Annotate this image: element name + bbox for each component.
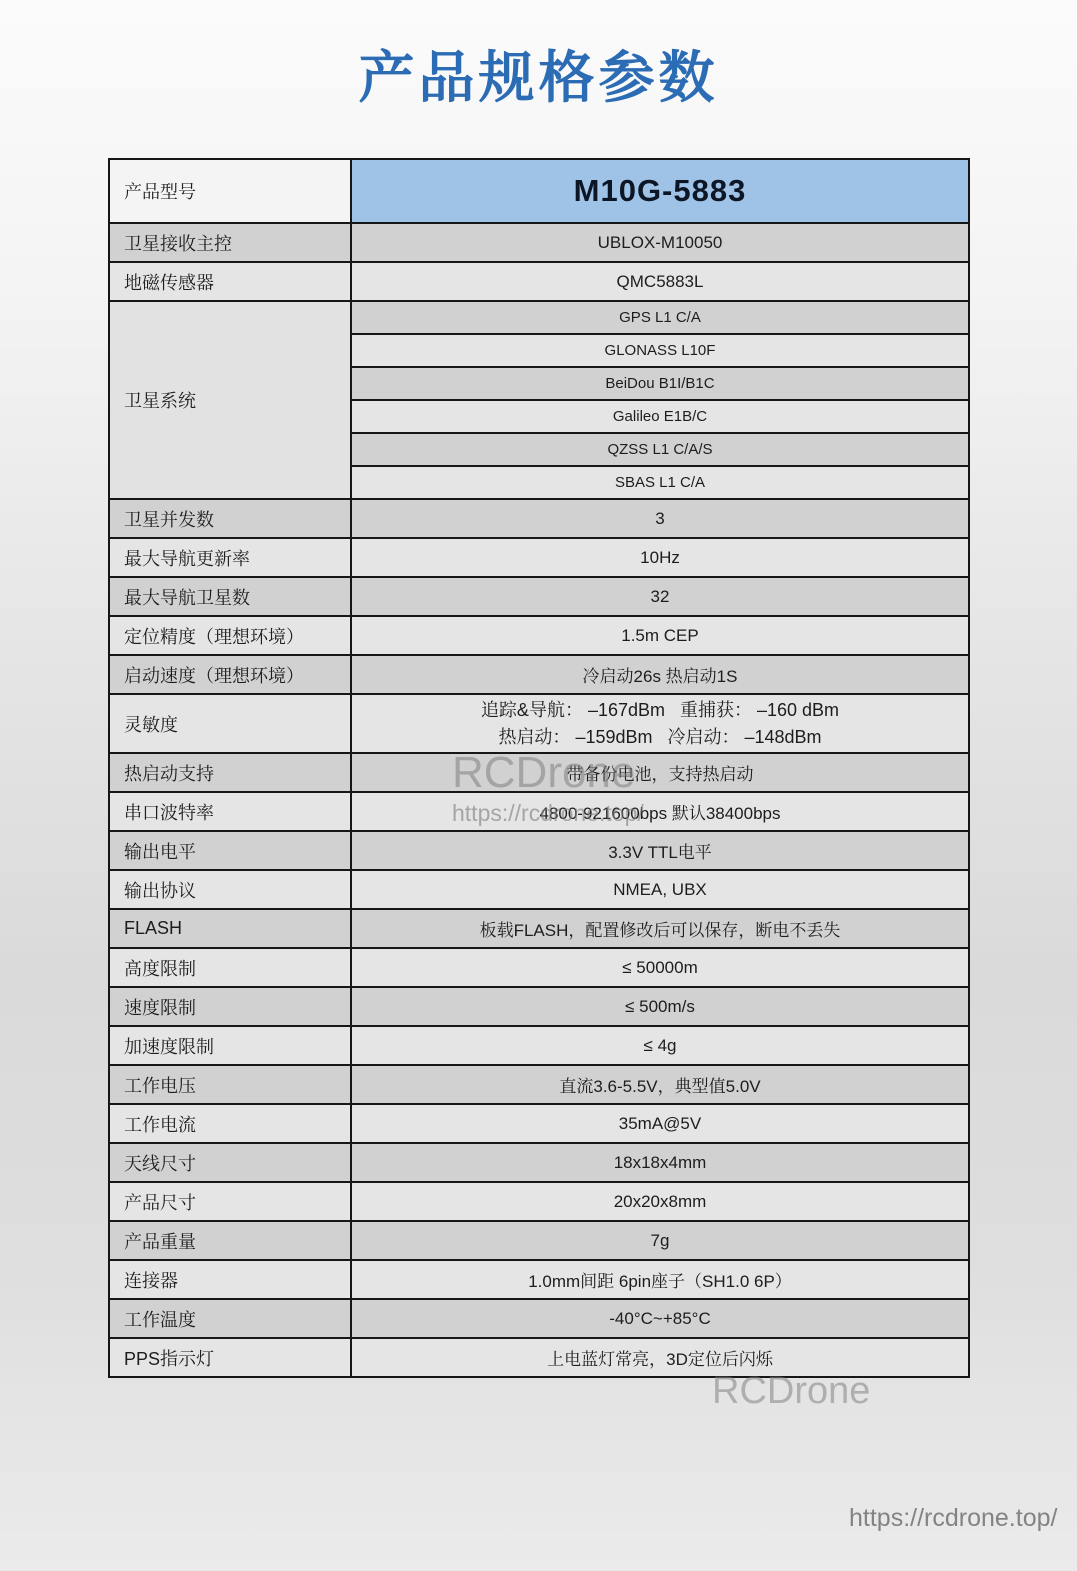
spec-row-label: 产品重量: [109, 1221, 351, 1260]
spec-row-value: QZSS L1 C/A/S: [351, 433, 969, 466]
table-row: 最大导航卫星数32: [109, 577, 969, 616]
table-row: 输出协议NMEA, UBX: [109, 870, 969, 909]
spec-row-value: 1.0mm间距 6pin座子（SH1.0 6P）: [351, 1260, 969, 1299]
table-row: 加速度限制≤ 4g: [109, 1026, 969, 1065]
spec-row-value: 3: [351, 499, 969, 538]
spec-row-value: 35mA@5V: [351, 1104, 969, 1143]
spec-row-label: 工作温度: [109, 1299, 351, 1338]
table-row: 输出电平3.3V TTL电平: [109, 831, 969, 870]
spec-row-label: 启动速度（理想环境）: [109, 655, 351, 694]
spec-row-label: 工作电压: [109, 1065, 351, 1104]
spec-row-value: ≤ 50000m: [351, 948, 969, 987]
table-row: 卫星并发数3: [109, 499, 969, 538]
spec-row-value-line: 热启动： –159dBm 冷启动： –148dBm: [360, 724, 960, 751]
spec-row-label: 最大导航更新率: [109, 538, 351, 577]
spec-row-value: NMEA, UBX: [351, 870, 969, 909]
spec-row-value: M10G-5883: [351, 159, 969, 223]
spec-row-value: -40°C~+85°C: [351, 1299, 969, 1338]
spec-row-value: QMC5883L: [351, 262, 969, 301]
spec-row-label: 天线尺寸: [109, 1143, 351, 1182]
spec-row-label: 输出协议: [109, 870, 351, 909]
spec-row-value: ≤ 4g: [351, 1026, 969, 1065]
spec-row-label: 高度限制: [109, 948, 351, 987]
spec-row-value: Galileo E1B/C: [351, 400, 969, 433]
table-row: 产品尺寸20x20x8mm: [109, 1182, 969, 1221]
spec-row-value: ≤ 500m/s: [351, 987, 969, 1026]
spec-row-value: 直流3.6-5.5V，典型值5.0V: [351, 1065, 969, 1104]
watermark-url-corner: https://rcdrone.top/: [849, 1504, 1057, 1533]
spec-row-label: 卫星系统: [109, 301, 351, 499]
spec-row-label: 输出电平: [109, 831, 351, 870]
spec-row-label: 产品尺寸: [109, 1182, 351, 1221]
spec-row-label: 最大导航卫星数: [109, 577, 351, 616]
spec-row-value: 1.5m CEP: [351, 616, 969, 655]
table-row: 热启动支持带备份电池，支持热启动: [109, 753, 969, 792]
table-row: 启动速度（理想环境）冷启动26s 热启动1S: [109, 655, 969, 694]
table-row: 工作电流35mA@5V: [109, 1104, 969, 1143]
spec-row-label: 加速度限制: [109, 1026, 351, 1065]
spec-row-label: 产品型号: [109, 159, 351, 223]
spec-row-label: 工作电流: [109, 1104, 351, 1143]
table-row: 最大导航更新率10Hz: [109, 538, 969, 577]
spec-row-value: SBAS L1 C/A: [351, 466, 969, 499]
table-row: 地磁传感器QMC5883L: [109, 262, 969, 301]
table-row: 卫星接收主控UBLOX-M10050: [109, 223, 969, 262]
spec-row-value-line: 追踪&导航： –167dBm 重捕获： –160 dBm: [360, 697, 960, 724]
spec-row-label: 卫星接收主控: [109, 223, 351, 262]
table-row: 产品重量7g: [109, 1221, 969, 1260]
page-title: 产品规格参数: [0, 34, 1077, 114]
spec-row-value: GLONASS L10F: [351, 334, 969, 367]
table-row: 产品型号M10G-5883: [109, 159, 969, 223]
spec-table: 产品型号M10G-5883卫星接收主控UBLOX-M10050地磁传感器QMC5…: [108, 158, 970, 1378]
table-row: 卫星系统GPS L1 C/A: [109, 301, 969, 334]
table-row: 天线尺寸18x18x4mm: [109, 1143, 969, 1182]
spec-row-value: 板载FLASH，配置修改后可以保存，断电不丢失: [351, 909, 969, 948]
table-row: 工作电压直流3.6-5.5V，典型值5.0V: [109, 1065, 969, 1104]
spec-row-label: 灵敏度: [109, 694, 351, 753]
spec-row-value: 4800-921600bps 默认38400bps: [351, 792, 969, 831]
spec-row-label: FLASH: [109, 909, 351, 948]
spec-row-value: 3.3V TTL电平: [351, 831, 969, 870]
table-row: PPS指示灯上电蓝灯常亮，3D定位后闪烁: [109, 1338, 969, 1377]
spec-row-label: 连接器: [109, 1260, 351, 1299]
spec-row-value: 10Hz: [351, 538, 969, 577]
spec-row-value: 7g: [351, 1221, 969, 1260]
spec-sheet-page: 产品规格参数 产品型号M10G-5883卫星接收主控UBLOX-M10050地磁…: [0, 0, 1077, 1571]
spec-row-value: 冷启动26s 热启动1S: [351, 655, 969, 694]
table-row: 高度限制≤ 50000m: [109, 948, 969, 987]
spec-row-label: 地磁传感器: [109, 262, 351, 301]
spec-row-label: 定位精度（理想环境）: [109, 616, 351, 655]
table-row: FLASH板载FLASH，配置修改后可以保存，断电不丢失: [109, 909, 969, 948]
spec-row-label: 热启动支持: [109, 753, 351, 792]
spec-row-value: 带备份电池，支持热启动: [351, 753, 969, 792]
spec-row-value: UBLOX-M10050: [351, 223, 969, 262]
spec-row-label: 卫星并发数: [109, 499, 351, 538]
spec-row-label: PPS指示灯: [109, 1338, 351, 1377]
spec-row-value: 18x18x4mm: [351, 1143, 969, 1182]
spec-row-label: 速度限制: [109, 987, 351, 1026]
table-row: 速度限制≤ 500m/s: [109, 987, 969, 1026]
spec-row-value: 32: [351, 577, 969, 616]
table-row: 灵敏度追踪&导航： –167dBm 重捕获： –160 dBm热启动： –159…: [109, 694, 969, 753]
table-row: 连接器1.0mm间距 6pin座子（SH1.0 6P）: [109, 1260, 969, 1299]
spec-row-value: 上电蓝灯常亮，3D定位后闪烁: [351, 1338, 969, 1377]
table-row: 工作温度-40°C~+85°C: [109, 1299, 969, 1338]
spec-row-value: 追踪&导航： –167dBm 重捕获： –160 dBm热启动： –159dBm…: [351, 694, 969, 753]
spec-row-value: 20x20x8mm: [351, 1182, 969, 1221]
table-row: 定位精度（理想环境）1.5m CEP: [109, 616, 969, 655]
spec-row-value: BeiDou B1I/B1C: [351, 367, 969, 400]
spec-row-value: GPS L1 C/A: [351, 301, 969, 334]
spec-row-label: 串口波特率: [109, 792, 351, 831]
table-row: 串口波特率4800-921600bps 默认38400bps: [109, 792, 969, 831]
